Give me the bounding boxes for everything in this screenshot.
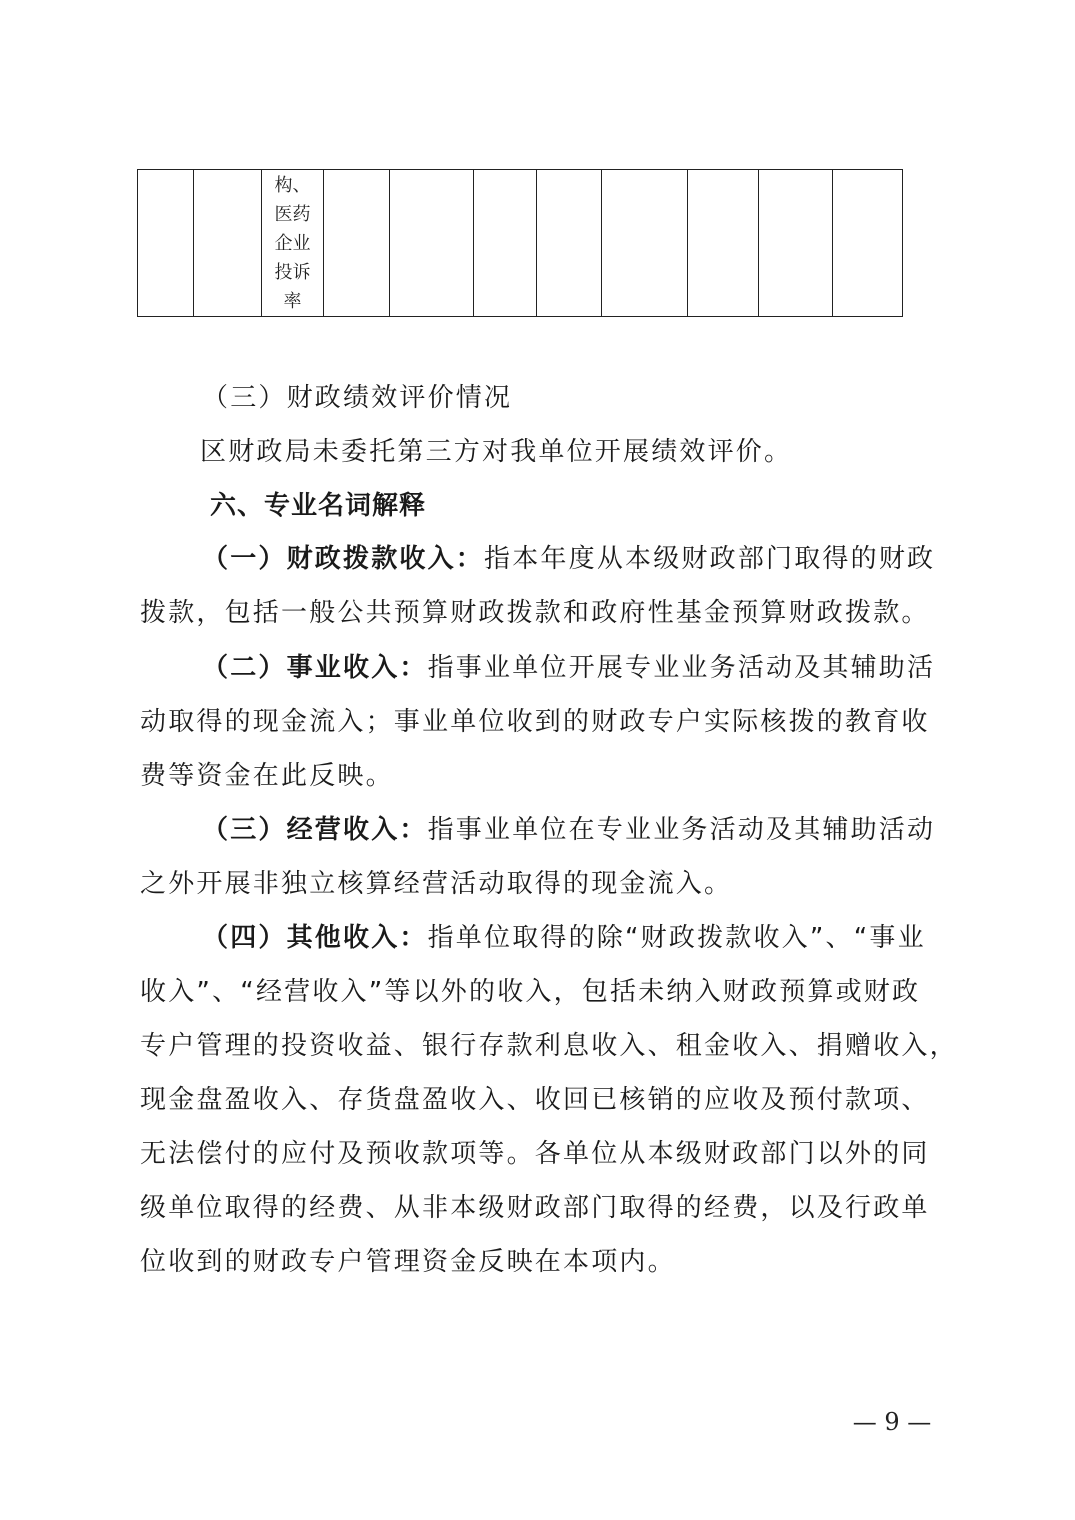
table-cell bbox=[390, 170, 474, 317]
table-cell bbox=[324, 170, 390, 317]
performance-indicator-table-fragment: 构、 医药 企业 投诉 率 bbox=[137, 169, 903, 317]
term-definition-line: 位收到的财政专户管理资金反映在本项内。 bbox=[140, 1235, 940, 1289]
table-cell bbox=[833, 170, 903, 317]
term-definition: 指本年度从本级财政部门取得的财政 bbox=[484, 544, 935, 574]
section-heading: （三）财政绩效评价情况 bbox=[140, 371, 940, 425]
term-label: （四）其他收入： bbox=[202, 923, 428, 953]
term-definition-line: 现金盘盈收入、存货盘盈收入、收回已核销的应收及预付款项、 bbox=[140, 1073, 940, 1127]
page-number: — 9 — bbox=[846, 1408, 938, 1436]
document-page: 构、 医药 企业 投诉 率 （三）财政绩效评价情况 区财政局未委托第三方对我单位… bbox=[0, 0, 1075, 1520]
term-definition: 指单位取得的除“财政拨款收入”、“事业 bbox=[428, 923, 926, 953]
term-definition-line: 之外开展非独立核算经营活动取得的现金流入。 bbox=[140, 857, 940, 911]
table-cell bbox=[537, 170, 602, 317]
glossary-term-fiscal-appropriation: （一）财政拨款收入：指本年度从本级财政部门取得的财政 拨款，包括一般公共预算财政… bbox=[140, 532, 940, 640]
cell-text-line: 企业 bbox=[262, 229, 323, 258]
table-cell bbox=[688, 170, 759, 317]
chapter-heading-glossary: 六、专业名词解释 bbox=[140, 479, 940, 533]
section-performance-evaluation: （三）财政绩效评价情况 区财政局未委托第三方对我单位开展绩效评价。 六、专业名词… bbox=[140, 371, 940, 533]
section-body: 区财政局未委托第三方对我单位开展绩效评价。 bbox=[140, 425, 940, 479]
glossary-term-other-income: （四）其他收入：指单位取得的除“财政拨款收入”、“事业 收入”、“经营收入”等以… bbox=[140, 911, 940, 1289]
cell-text-line: 构、 bbox=[262, 171, 323, 200]
table-row: 构、 医药 企业 投诉 率 bbox=[138, 170, 903, 317]
cell-text-line: 投诉 bbox=[262, 258, 323, 287]
cell-text-line: 医药 bbox=[262, 200, 323, 229]
table-cell bbox=[194, 170, 262, 317]
table-cell-indicator-name: 构、 医药 企业 投诉 率 bbox=[262, 170, 324, 317]
term-definition: 指事业单位开展专业业务活动及其辅助活 bbox=[428, 653, 936, 683]
term-label: （二）事业收入： bbox=[202, 653, 428, 683]
term-definition-line: 拨款，包括一般公共预算财政拨款和政府性基金预算财政拨款。 bbox=[140, 586, 940, 640]
term-definition-line: 无法偿付的应付及预收款项等。各单位从本级财政部门以外的同 bbox=[140, 1127, 940, 1181]
table-cell bbox=[138, 170, 194, 317]
term-label: （三）经营收入： bbox=[202, 815, 428, 845]
term-definition-line: 级单位取得的经费、从非本级财政部门取得的经费，以及行政单 bbox=[140, 1181, 940, 1235]
glossary-term-operating-income: （三）经营收入：指事业单位在专业业务活动及其辅助活动 之外开展非独立核算经营活动… bbox=[140, 803, 940, 911]
term-label: （一）财政拨款收入： bbox=[202, 544, 484, 574]
table-cell bbox=[759, 170, 833, 317]
table-cell bbox=[602, 170, 688, 317]
term-definition-line: 专户管理的投资收益、银行存款利息收入、租金收入、捐赠收入， bbox=[140, 1019, 940, 1073]
term-definition: 指事业单位在专业业务活动及其辅助活动 bbox=[428, 815, 936, 845]
term-definition-line: 动取得的现金流入；事业单位收到的财政专户实际核拨的教育收 bbox=[140, 695, 940, 749]
cell-text-line: 率 bbox=[262, 287, 323, 316]
term-definition-line: 收入”、“经营收入”等以外的收入，包括未纳入财政预算或财政 bbox=[140, 965, 940, 1019]
glossary-term-business-income: （二）事业收入：指事业单位开展专业业务活动及其辅助活 动取得的现金流入；事业单位… bbox=[140, 641, 940, 803]
table-cell bbox=[474, 170, 537, 317]
term-definition-line: 费等资金在此反映。 bbox=[140, 749, 940, 803]
